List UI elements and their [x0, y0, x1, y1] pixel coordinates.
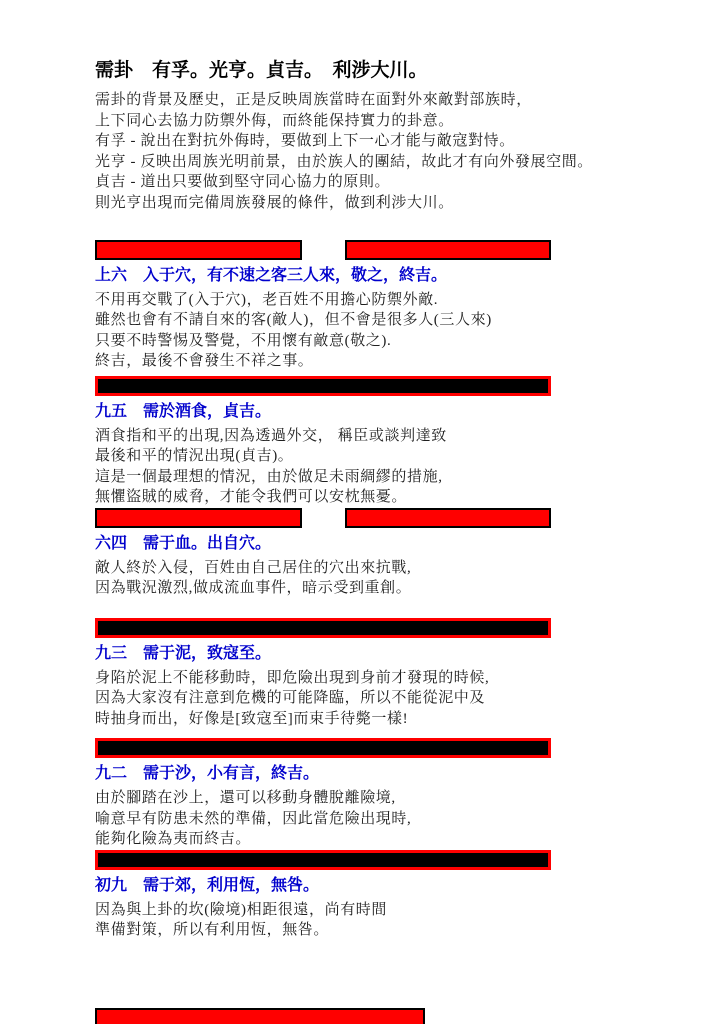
yang-line-bar [95, 850, 551, 870]
line-heading: 上六 入于穴，有不速之客三人來，敬之，終吉。 [95, 266, 551, 286]
line-commentary: 由於腳踏在沙上，還可以移動身體脫離險境, 喻意早有防患未然的準備，因此當危險出現… [95, 788, 551, 850]
line-section-nine-five: 九五 需於酒食，貞吉。 酒食指和平的出現,因為透過外交， 稱臣或談判達致 最後和… [95, 376, 551, 508]
line-heading: 六四 需于血。出自穴。 [95, 534, 551, 554]
line-commentary: 不用再交戰了(入于穴)，老百姓不用擔心防禦外敵. 雖然也會有不請自來的客(敵人)… [95, 290, 551, 372]
line-commentary: 敵人終於入侵，百姓由自己居住的穴出來抗戰, 因為戰況激烈,做成流血事件，暗示受到… [95, 558, 551, 599]
line-section-nine-two: 九二 需于沙，小有言，終吉。 由於腳踏在沙上，還可以移動身體脫離險境, 喻意早有… [95, 738, 551, 850]
yin-line-segment-right [345, 508, 551, 528]
line-heading: 九五 需於酒食，貞吉。 [95, 402, 551, 422]
line-commentary: 酒食指和平的出現,因為透過外交， 稱臣或談判達致 最後和平的情況出現(貞吉)。 … [95, 426, 551, 508]
line-commentary: 因為與上卦的坎(險境)相距很遠，尚有時間 準備對策，所以有利用恆，無咎。 [95, 900, 551, 941]
line-section-nine-three: 九三 需于泥，致寇至。 身陷於泥上不能移動時，即危險出現到身前才發現的時候, 因… [95, 618, 551, 730]
yin-line-segment-left [95, 508, 302, 528]
line-section-top-six: 上六 入于穴，有不速之客三人來，敬之，終吉。 不用再交戰了(入于穴)，老百姓不用… [95, 240, 551, 372]
next-hexagram-partial-line-bar [95, 1008, 425, 1024]
hexagram-title: 需卦 有孚。光亨。貞吉。 利涉大川。 [95, 58, 664, 84]
line-heading: 九二 需于沙，小有言，終吉。 [95, 764, 551, 784]
line-section-first-nine: 初九 需于郊，利用恆，無咎。 因為與上卦的坎(險境)相距很遠，尚有時間 準備對策… [95, 850, 551, 941]
line-heading: 九三 需于泥，致寇至。 [95, 644, 551, 664]
line-section-six-four: 六四 需于血。出自穴。 敵人終於入侵，百姓由自己居住的穴出來抗戰, 因為戰況激烈… [95, 508, 551, 599]
document-page: 需卦 有孚。光亨。貞吉。 利涉大川。 需卦的背景及歷史，正是反映周族當時在面對外… [0, 0, 724, 941]
yang-line-bar [95, 738, 551, 758]
yin-line-bar [95, 508, 551, 528]
line-commentary: 身陷於泥上不能移動時，即危險出現到身前才發現的時候, 因為大家沒有注意到危機的可… [95, 668, 551, 730]
yin-line-segment-left [95, 240, 302, 260]
yang-line-bar [95, 618, 551, 638]
hexagram-intro-paragraph: 需卦的背景及歷史，正是反映周族當時在面對外來敵對部族時， 上下同心去協力防禦外侮… [95, 90, 664, 214]
yang-line-bar [95, 376, 551, 396]
yin-line-bar [95, 240, 551, 260]
yin-line-segment-right [345, 240, 551, 260]
line-heading: 初九 需于郊，利用恆，無咎。 [95, 876, 551, 896]
